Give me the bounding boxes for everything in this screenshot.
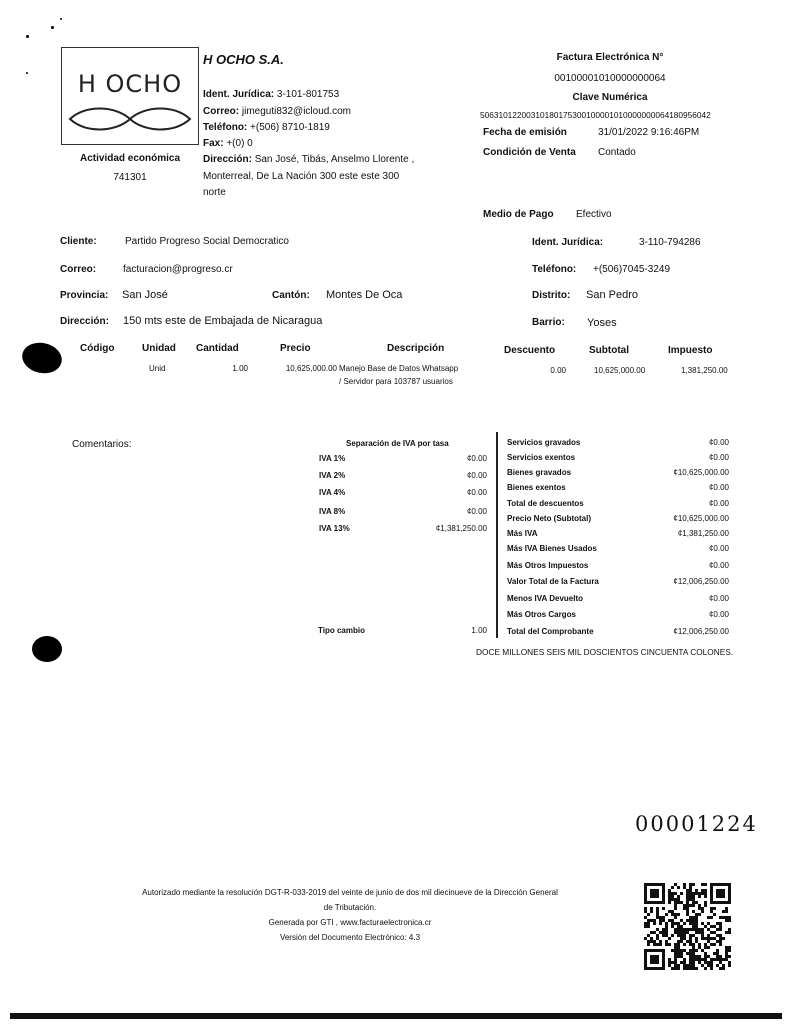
client-barrio-label: Barrio: xyxy=(532,317,565,328)
issuer-fax-value: +(0) 0 xyxy=(226,138,252,149)
totals-row-label: Más IVA Bienes Usados xyxy=(507,544,597,553)
issuer-email: Correo: jimeguti832@icloud.com xyxy=(203,106,351,117)
ink-blot xyxy=(19,339,64,377)
header-codigo: Código xyxy=(80,343,114,354)
totals-row-value: ¢0.00 xyxy=(630,453,729,462)
totals-row-value: ¢0.00 xyxy=(630,544,729,553)
date-label: Fecha de emisión xyxy=(483,127,567,138)
iva-row-label: IVA 8% xyxy=(319,507,345,516)
issuer-phone: Teléfono: +(506) 8710-1819 xyxy=(203,122,330,133)
iva-row-value: ¢0.00 xyxy=(400,507,487,516)
cell-descripcion-2: / Servidor para 103787 usuarios xyxy=(339,377,453,386)
logo-text: H OCHO xyxy=(62,70,198,98)
client-address-value: 150 mts este de Embajada de Nicaragua xyxy=(123,315,322,327)
client-district-value: San Pedro xyxy=(586,289,638,301)
client-province-label: Provincia: xyxy=(60,290,108,301)
speck xyxy=(26,35,29,38)
invoice-number: 00100001010000000064 xyxy=(500,73,720,84)
cell-descripcion-1: Manejo Base de Datos Whatsapp xyxy=(339,364,458,373)
amount-in-words: DOCE MILLONES SEIS MIL DOSCIENTOS CINCUE… xyxy=(476,647,733,657)
cell-unidad: Unid xyxy=(149,364,165,373)
totals-row-value: ¢10,625,000.00 xyxy=(630,514,729,523)
issuer-phone-value: +(506) 8710-1819 xyxy=(250,122,330,133)
cell-cantidad: 1.00 xyxy=(200,364,248,373)
footer-authorization-2: de Tributación. xyxy=(100,903,600,912)
activity-value: 741301 xyxy=(70,172,190,183)
iva-row-label: IVA 4% xyxy=(319,488,345,497)
issuer-email-value: jimeguti832@icloud.com xyxy=(242,106,351,117)
client-email-label: Correo: xyxy=(60,264,96,275)
iva-title: Separación de IVA por tasa xyxy=(346,439,449,448)
totals-row-label: Servicios exentos xyxy=(507,453,575,462)
totals-divider xyxy=(496,432,498,638)
issuer-address-line2: Monterreal, De La Nación 300 este este 3… xyxy=(203,171,399,182)
client-district-label: Distrito: xyxy=(532,290,570,301)
cell-impuesto: 1,381,250.00 xyxy=(681,366,728,375)
issuer-address: Dirección: San José, Tibás, Anselmo Llor… xyxy=(203,154,414,165)
footer-authorization: Autorizado mediante la resolución DGT-R-… xyxy=(100,888,600,897)
qr-code xyxy=(644,883,731,970)
header-unidad: Unidad xyxy=(142,343,176,354)
speck xyxy=(26,72,28,74)
header-descuento: Descuento xyxy=(504,345,555,356)
client-canton-value: Montes De Oca xyxy=(326,289,402,301)
issuer-address-line1: San José, Tibás, Anselmo Llorente , xyxy=(255,154,415,165)
ink-blot xyxy=(32,636,62,662)
totals-row-label: Servicios gravados xyxy=(507,438,580,447)
totals-row-label: Precio Neto (Subtotal) xyxy=(507,514,591,523)
issuer-fax-label: Fax: xyxy=(203,138,224,149)
cell-subtotal: 10,625,000.00 xyxy=(594,366,645,375)
infinity-icon xyxy=(66,102,194,136)
key-label: Clave Numérica xyxy=(500,92,720,103)
footer-version: Versión del Documento Electrónico: 4.3 xyxy=(100,933,600,942)
client-phone-value: +(506)7045-3249 xyxy=(593,264,670,275)
totals-row-label: Más IVA xyxy=(507,529,538,538)
exchange-label: Tipo cambio xyxy=(318,626,365,635)
totals-row-label: Menos IVA Devuelto xyxy=(507,594,583,603)
activity-label: Actividad económica xyxy=(70,153,190,164)
client-province-value: San José xyxy=(122,289,168,301)
company-logo: H OCHO xyxy=(61,47,199,145)
iva-row-value: ¢0.00 xyxy=(400,488,487,497)
header-cantidad: Cantidad xyxy=(196,343,239,354)
footer-generated-by: Generada por GTI , www.facturaelectronic… xyxy=(100,918,600,927)
issuer-fax: Fax: +(0) 0 xyxy=(203,138,253,149)
issuer-ident: Ident. Jurídica: 3-101-801753 xyxy=(203,89,339,100)
totals-row-label: Total del Comprobante xyxy=(507,627,594,636)
totals-row-value: ¢1,381,250.00 xyxy=(630,529,729,538)
issuer-ident-value: 3-101-801753 xyxy=(277,89,339,100)
totals-row-label: Más Otros Cargos xyxy=(507,610,576,619)
issuer-address-label: Dirección: xyxy=(203,154,252,165)
totals-row-label: Bienes gravados xyxy=(507,468,571,477)
header-impuesto: Impuesto xyxy=(668,345,712,356)
payment-value: Efectivo xyxy=(576,209,612,220)
client-ident-label: Ident. Jurídica: xyxy=(532,237,603,248)
header-precio: Precio xyxy=(280,343,311,354)
totals-row-value: ¢12,006,250.00 xyxy=(630,577,729,586)
invoice-title: Factura Electrónica N° xyxy=(500,52,720,63)
totals-row-label: Valor Total de la Factura xyxy=(507,577,599,586)
iva-row-value: ¢0.00 xyxy=(400,471,487,480)
issuer-address-line3: norte xyxy=(203,187,226,198)
date-value: 31/01/2022 9:16:46PM xyxy=(598,127,699,138)
totals-row-value: ¢10,625,000.00 xyxy=(630,468,729,477)
client-address-label: Dirección: xyxy=(60,316,109,327)
totals-row-value: ¢0.00 xyxy=(630,561,729,570)
iva-row-label: IVA 13% xyxy=(319,524,350,533)
condition-label: Condición de Venta xyxy=(483,147,576,158)
totals-row-value: ¢0.00 xyxy=(630,594,729,603)
exchange-value: 1.00 xyxy=(440,626,487,635)
totals-row-value: ¢12,006,250.00 xyxy=(630,627,729,636)
issuer-ident-label: Ident. Jurídica: xyxy=(203,89,274,100)
client-ident-value: 3-110-794286 xyxy=(639,237,701,248)
totals-row-label: Más Otros Impuestos xyxy=(507,561,588,570)
iva-row-value: ¢1,381,250.00 xyxy=(400,524,487,533)
comments-label: Comentarios: xyxy=(72,439,131,450)
speck xyxy=(60,18,62,20)
totals-row-value: ¢0.00 xyxy=(630,438,729,447)
client-canton-label: Cantón: xyxy=(272,290,310,301)
totals-row-label: Total de descuentos xyxy=(507,499,584,508)
issuer-phone-label: Teléfono: xyxy=(203,122,247,133)
totals-row-label: Bienes exentos xyxy=(507,483,566,492)
payment-label: Medio de Pago xyxy=(483,209,554,220)
client-name-label: Cliente: xyxy=(60,236,97,247)
iva-row-label: IVA 2% xyxy=(319,471,345,480)
condition-value: Contado xyxy=(598,147,636,158)
company-name: H OCHO S.A. xyxy=(203,52,284,67)
totals-row-value: ¢0.00 xyxy=(630,610,729,619)
client-barrio-value: Yoses xyxy=(587,317,617,329)
cell-precio: 10,625,000.00 xyxy=(270,364,337,373)
issuer-email-label: Correo: xyxy=(203,106,239,117)
iva-row-label: IVA 1% xyxy=(319,454,345,463)
cell-descuento: 0.00 xyxy=(530,366,566,375)
client-email-value: facturacion@progreso.cr xyxy=(123,264,233,275)
bottom-rule xyxy=(10,1013,782,1019)
key-value: 5063101220031018017530010000101000000006… xyxy=(480,110,711,120)
speck xyxy=(51,26,54,29)
iva-row-value: ¢0.00 xyxy=(400,454,487,463)
totals-row-value: ¢0.00 xyxy=(630,499,729,508)
header-subtotal: Subtotal xyxy=(589,345,629,356)
client-phone-label: Teléfono: xyxy=(532,264,576,275)
totals-row-value: ¢0.00 xyxy=(630,483,729,492)
client-name-value: Partido Progreso Social Democratico xyxy=(125,236,289,247)
header-descripcion: Descripción xyxy=(387,343,444,354)
stamp-number: 00001224 xyxy=(635,812,758,836)
